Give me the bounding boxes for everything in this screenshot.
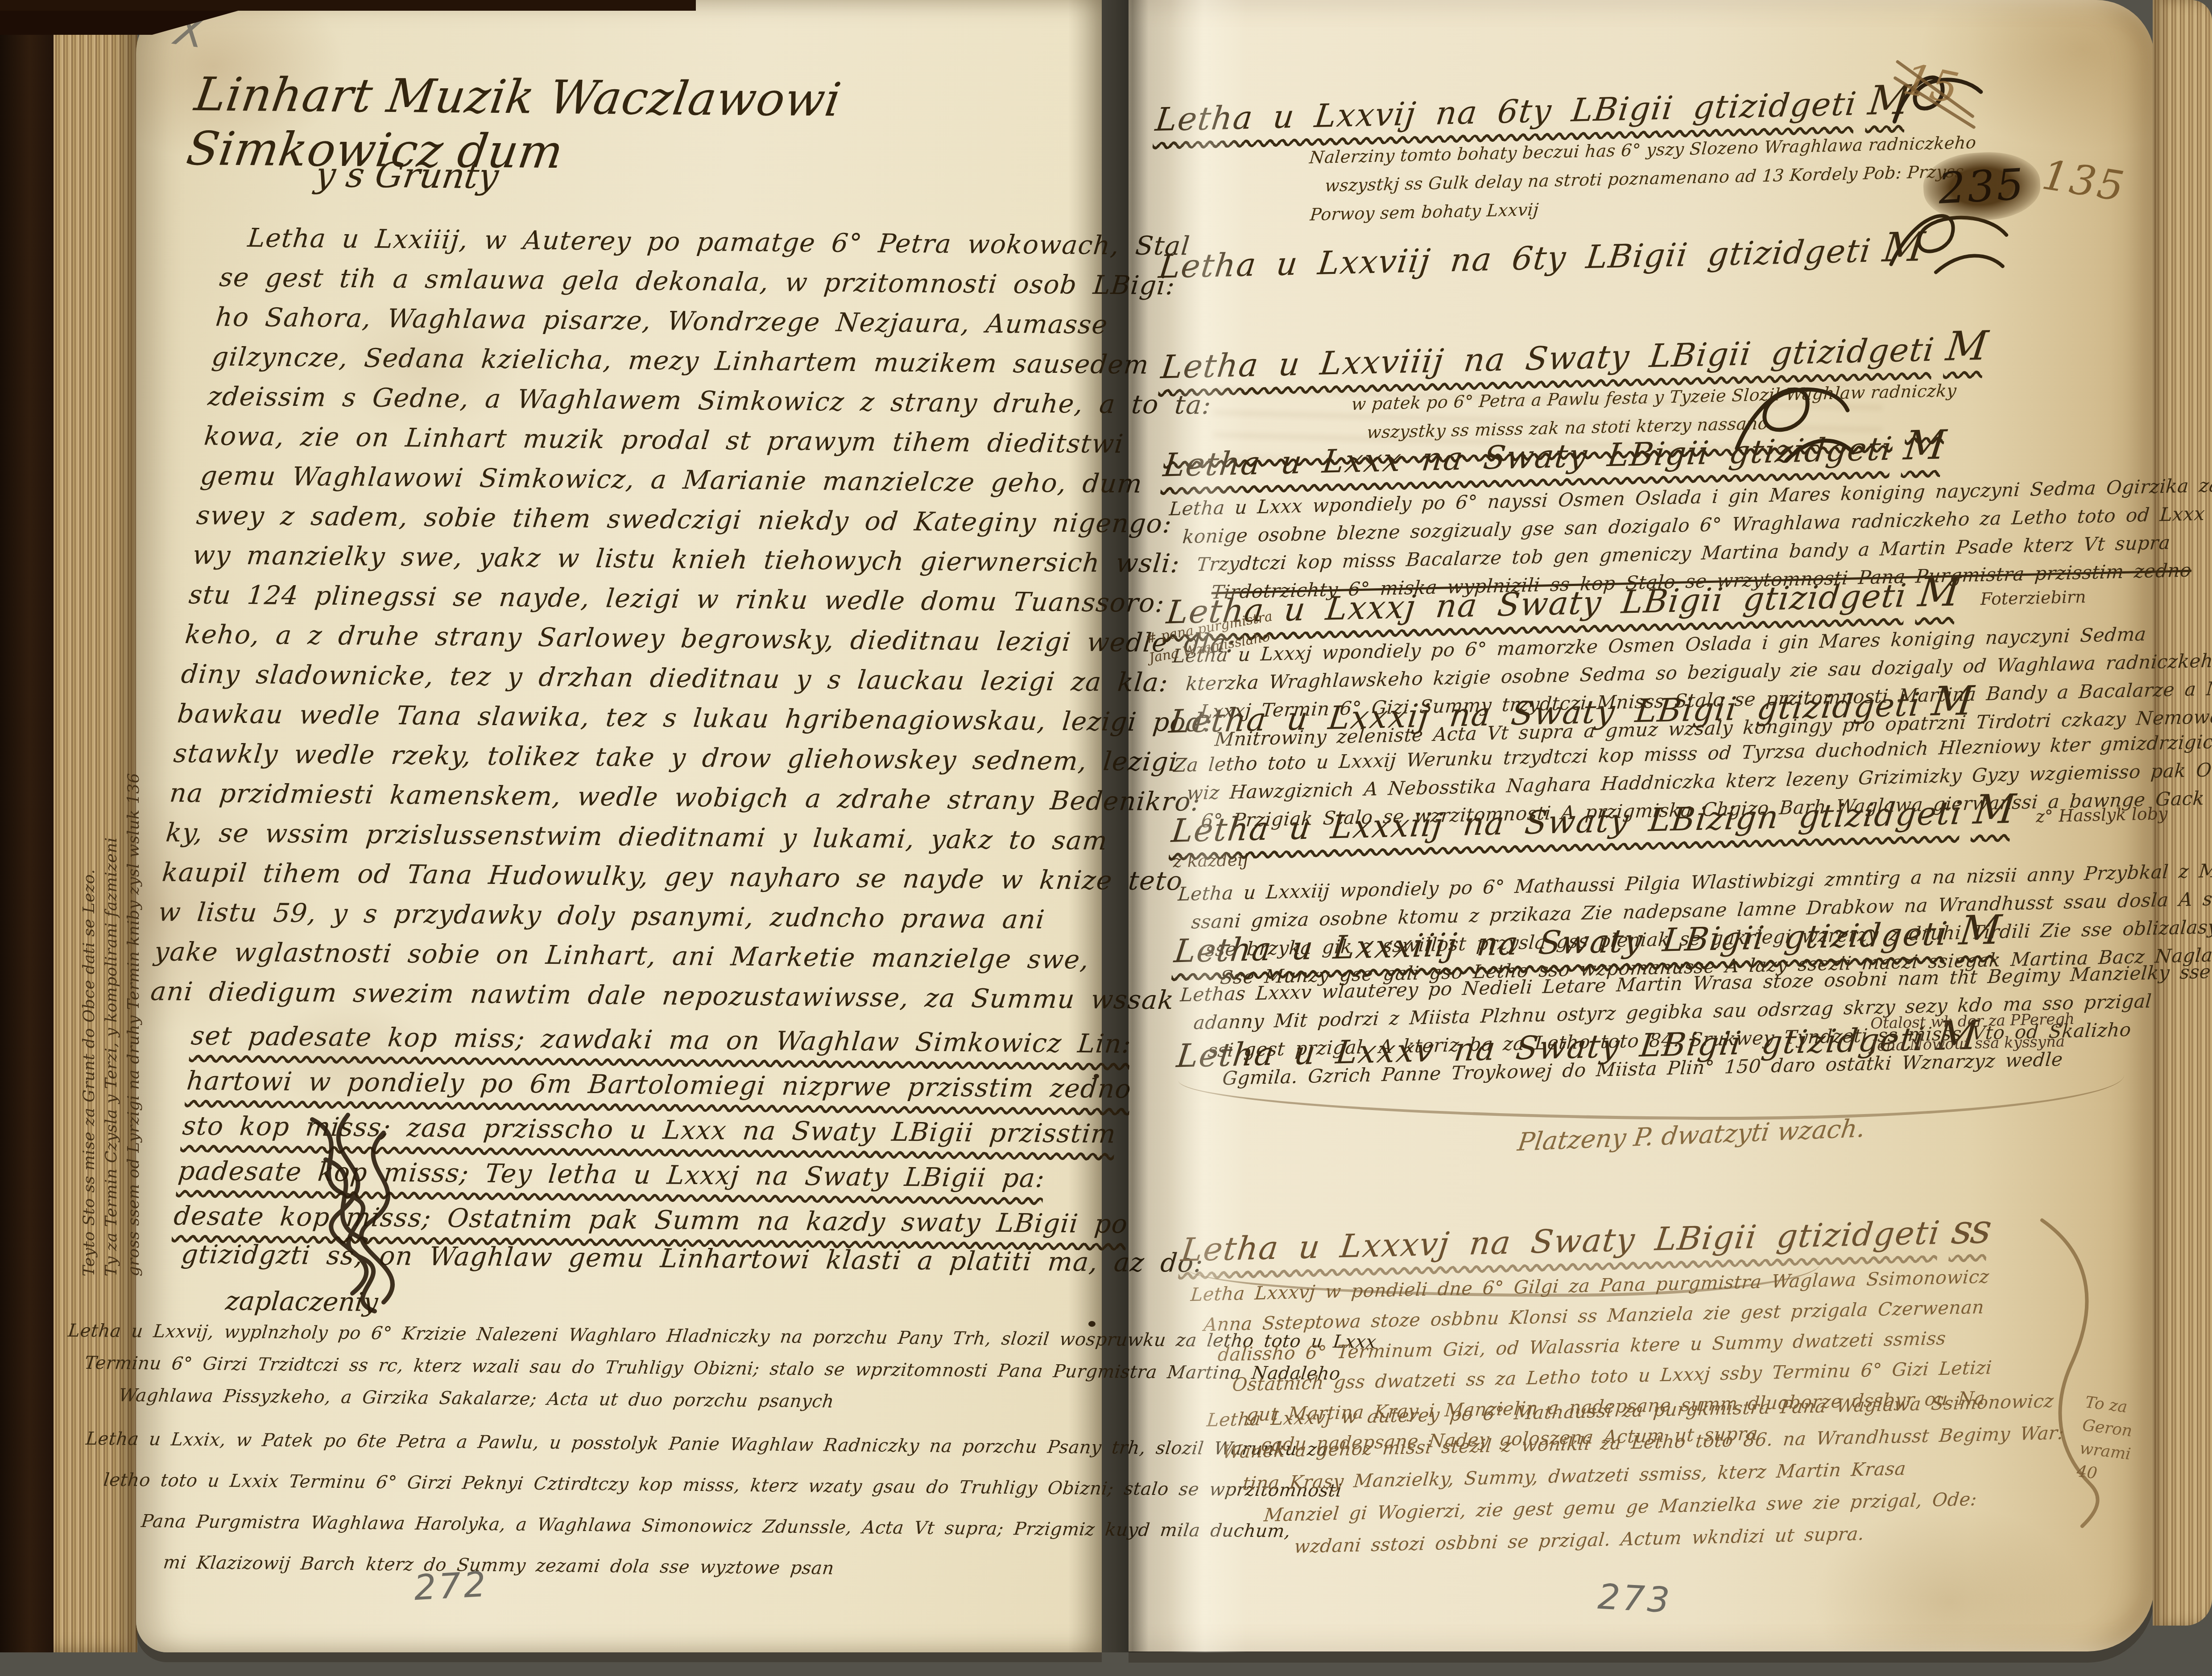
heading-side-note-lines: Otalost wk der za PPereghJena Nowout ssa… bbox=[1870, 1008, 2076, 1057]
manuscript-underlined-line: set padesate kop miss; zawdaki ma on Wag… bbox=[189, 1013, 1147, 1067]
folio-blotted-text: 235 bbox=[1937, 159, 2027, 214]
footnote-block-1: Letha u Lxxvij, wyplnzholy po 6° Krzizie… bbox=[59, 1315, 1378, 1422]
footnote-block-2: Letha u Lxxix, w Patek po 6te Petra a Pa… bbox=[70, 1418, 1349, 1593]
heading-flourish: M bbox=[1971, 786, 2016, 834]
margin-note-line: Teyto Sto ss mise za Grunt do Obce dati … bbox=[78, 701, 100, 1276]
manuscript-underlined-line: padesate kop misss; Tey letha u Lxxxj na… bbox=[176, 1148, 1134, 1202]
pencil-page-number-left: 272 bbox=[413, 1565, 489, 1609]
manuscript-underlined-line: sto kop misss; zasa przisscho u Lxxx na … bbox=[180, 1103, 1138, 1157]
manuscript-underlined-line: desate kop misss; Ostatnim pak Summ na k… bbox=[172, 1193, 1130, 1247]
ink-speck bbox=[1094, 1074, 1099, 1078]
manuscript-book-photo: X Linhart Muzik Waczlawowi Simkowicz dum… bbox=[0, 0, 2212, 1676]
underlined-payment-lines: set padesate kop miss; zawdaki ma on Wag… bbox=[172, 1013, 1147, 1247]
entry-heading-text: Letha u Lxxxij na Swaty LBigii gtizidget… bbox=[1167, 685, 1923, 740]
heading-flourish: M bbox=[1929, 677, 1974, 725]
entry-heading-text: Letha u Lxxx na Swaty LBigii gtizidgeti bbox=[1162, 430, 1895, 484]
left-margin-vertical-note: Teyto Sto ss mise za Grunt do Obce dati … bbox=[78, 701, 145, 1276]
entry-heading-text: Letha u Lxxxiij na Swaty LBizign gtizidg… bbox=[1170, 794, 1964, 849]
entry-heading-text: Letha u Lxxvij na 6ty LBigii gtizidgeti bbox=[1154, 85, 1859, 138]
binding-top-edge bbox=[0, 0, 696, 11]
entry-heading-text: Letha u Lxxxj na Swaty LBigii gtizidgeti bbox=[1165, 577, 1909, 631]
closing-word: zaplaczeniy bbox=[224, 1286, 380, 1317]
margin-note-line: Ty za Termin Czysla y Terzi, y kompolira… bbox=[100, 701, 123, 1276]
heading-flourish: M bbox=[1943, 322, 1989, 370]
ink-speck bbox=[1088, 1321, 1096, 1327]
entry-heading-text: Letha u Lxxxvj na Swaty LBigii gtizidget… bbox=[1179, 1214, 1943, 1269]
entry-heading-text: Letha u Lxxviiij na Swaty LBigii gtizidg… bbox=[1159, 330, 1937, 386]
entry-heading-text: Letha u Lxxxiiij na Swaty LBigii gtizidg… bbox=[1172, 915, 1950, 970]
heading-side-note: Foterziebirn bbox=[1980, 587, 2086, 609]
heading-flourish: M bbox=[1916, 568, 1961, 616]
final-faded-paragraph: Letha Lxxxvj w auterey po 6° Mathaussi z… bbox=[1192, 1384, 2069, 1565]
record-subtitle: y s Grunty bbox=[313, 155, 501, 196]
margin-note-line: gross ssem od Lyrzigi na druhy Termin kn… bbox=[123, 701, 145, 1276]
side-note-line: Jena Nowout ssa kyssyna bbox=[1871, 1030, 2076, 1057]
heading-flourish: M bbox=[1957, 906, 2002, 954]
book-spine bbox=[0, 0, 54, 1652]
heading-flourish: ss bbox=[1949, 1205, 1993, 1253]
manuscript-underlined-line: hartowi w pondiely po 6m Bartolomiegi ni… bbox=[185, 1058, 1143, 1112]
pencil-page-number-right: 273 bbox=[1597, 1577, 1673, 1621]
heading-flourish: M bbox=[1902, 421, 1947, 469]
main-paragraph: Letha u Lxxiiij, w Auterey po pamatge 6°… bbox=[149, 218, 1276, 1020]
heading-flourish: M bbox=[1880, 223, 1925, 271]
